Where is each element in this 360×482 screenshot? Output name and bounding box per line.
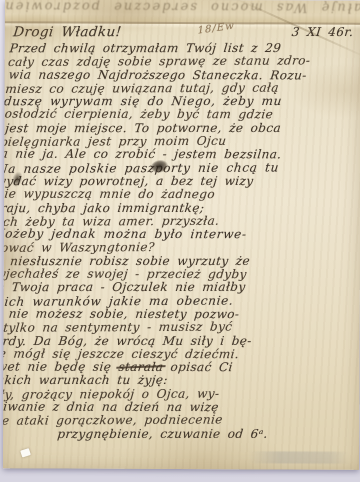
- letter-line: kraju, chyba jako immigrantkę;: [3, 201, 342, 215]
- letter-header: Drogi Władku! 18/Ew 3 XI 46r.: [10, 26, 360, 42]
- letter-line: miesz co czuję uwiązana tutaj, gdy całą: [5, 81, 355, 96]
- letter-lines-lower: w jakich warunkach tu żyję:ciągły, grożą…: [3, 374, 324, 427]
- letter-line: lić tylko na sentymenty - musisz być: [3, 320, 329, 335]
- letter-line: w jakich warunkach tu żyję:: [3, 374, 324, 388]
- letter-line: njować w Waszyngtonie?: [3, 241, 338, 256]
- letter-line: wyjechałeś ze swojej - przecież gdyby: [3, 268, 335, 282]
- letter-line: nie wypuszczą mnie do żadnego: [3, 188, 343, 202]
- salutation: Drogi Władku!: [11, 26, 123, 39]
- letter-page: całuję Was mocno serdeczne pozdrowienia …: [3, 0, 360, 470]
- letter-line: Na nasze polskie paszporty nie chcą tu: [3, 161, 346, 176]
- letter-line-with-strike: Nawet nie będę się starała opisać Ci: [3, 361, 325, 375]
- closing-line: przygnębienie, czuwanie od 6ᵃ.: [57, 427, 319, 441]
- bleedthrough-text: całuję Was mocno serdeczne pozdrowienia …: [3, 0, 360, 15]
- letter-line: osłodzić cierpienia, żeby być tam gdzie: [4, 108, 351, 122]
- letter-lines-upper: Przed chwilą otrzymałam Twój list z 29ca…: [3, 42, 358, 361]
- letter-line: nie Twoja praca - Ojczulek nie miałby: [3, 281, 334, 295]
- paper-tear-notch: [20, 448, 31, 457]
- fold-crease-strip: całuję Was mocno serdeczne pozdrowienia …: [3, 0, 360, 25]
- letter-scan: całuję Was mocno serdeczne pozdrowienia …: [0, 0, 360, 482]
- struck-line-pre: Nawet nie będę się: [3, 360, 119, 374]
- struck-line-post: opisać Ci: [163, 360, 234, 374]
- strikethrough-word: starała: [118, 360, 164, 374]
- letter-line: ciągłe ataki gorączkowe, podniecenie: [3, 413, 320, 428]
- watermark-smudge: [249, 451, 349, 463]
- letter-date: 3 XI 46r.: [291, 26, 360, 39]
- letter-body: Drogi Władku! 18/Ew 3 XI 46r. Przed chwi…: [3, 26, 360, 441]
